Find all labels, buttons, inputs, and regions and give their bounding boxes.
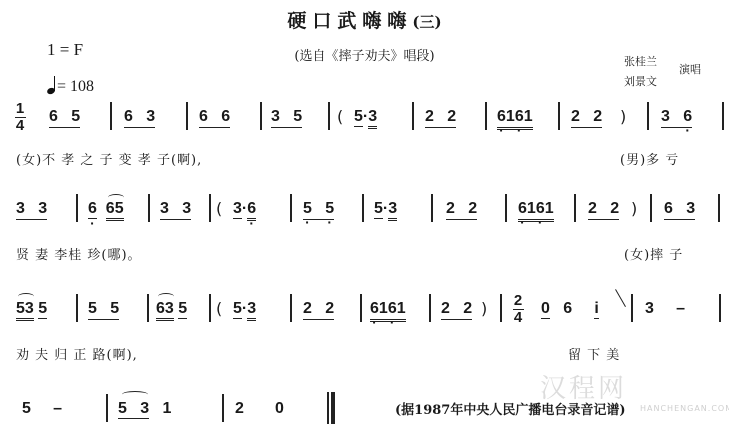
tempo-value: = 108 — [57, 78, 94, 95]
barline — [485, 102, 487, 130]
slur — [158, 293, 174, 300]
barline — [412, 102, 414, 130]
measure-6: 6161 — [370, 300, 406, 322]
quarter-note-icon — [47, 76, 57, 94]
barline — [429, 294, 431, 322]
paren-close: ) — [481, 299, 487, 318]
performer-2: 刘景文 — [624, 72, 657, 92]
score-line-1: 14 6 5 6 3 6 6 3 5 ( 5·3 2 2 6161 2 2 ) … — [0, 100, 729, 140]
barline — [431, 194, 433, 222]
song-title: 硬口武嗨嗨(三) — [0, 6, 729, 33]
time-signature-change: 24 — [512, 294, 524, 325]
barline — [328, 102, 330, 130]
measure-3: 2 0 — [235, 400, 284, 418]
final-barline-thin — [327, 392, 329, 424]
measure-3: 6 6 — [199, 108, 230, 128]
measure-2: 5 3 1 — [118, 400, 171, 418]
barline — [76, 194, 78, 222]
measure-5: 5·3 — [354, 108, 377, 126]
barline — [362, 194, 364, 222]
lyrics-line-1-right: (男)多 亏 — [620, 149, 679, 168]
measure-1: 5 – — [22, 400, 62, 418]
barline — [574, 194, 576, 222]
barline — [148, 194, 150, 222]
barline — [558, 102, 560, 130]
measure-7: 2 2 — [446, 200, 477, 220]
barline — [147, 294, 149, 322]
measure-8: 6161 — [518, 200, 554, 222]
paren-close: ) — [631, 199, 637, 218]
tempo-marking: = 108 — [47, 76, 94, 96]
barline — [718, 194, 720, 222]
slur — [122, 391, 148, 398]
barline — [260, 102, 262, 130]
performer-1: 张桂兰 — [624, 52, 657, 72]
measure-9: 3 6 — [661, 108, 692, 128]
measure-2: 6 3 — [124, 108, 155, 128]
paren-open: ( — [337, 107, 343, 126]
watermark-subtext: HANCHENGAN.COM — [640, 404, 729, 413]
performers: 张桂兰 刘景文 — [624, 52, 657, 92]
barline — [209, 294, 211, 322]
performers-role: 演唱 — [679, 61, 701, 77]
measure-8: 2 2 — [571, 108, 602, 128]
slur — [18, 293, 34, 300]
final-barline-thick — [331, 392, 335, 424]
measure-4: 5·3 — [233, 300, 256, 318]
measure-6: 5·3 — [374, 200, 397, 218]
measure-6: 2 2 — [425, 108, 456, 128]
paren-open: ( — [216, 199, 222, 218]
subtitle: (选自《摔子劝夫》唱段) — [0, 45, 729, 64]
measure-7: 2 2 — [441, 300, 472, 320]
measure-9: 2 2 — [588, 200, 619, 220]
barline — [76, 294, 78, 322]
measure-9: 3 – — [645, 300, 685, 318]
measure-4: 3 5 — [271, 108, 302, 128]
measure-5: 2 2 — [303, 300, 334, 320]
measure-1: 53 5 — [16, 300, 47, 318]
measure-7: 6161 — [497, 108, 533, 130]
measure-5: 5 5 — [303, 200, 334, 220]
barline — [110, 102, 112, 130]
score-line-3: 53 5 5 5 63 5 ( 5·3 2 2 6161 2 2 ) 24 0 … — [0, 292, 729, 332]
barline — [647, 102, 649, 130]
barline — [209, 194, 211, 222]
lyrics-line-3: 劝 夫 归 正 路(啊), — [16, 344, 138, 363]
measure-4: 3·6 — [233, 200, 256, 218]
lyrics-line-2: 贤 妻 李桂 珍(哪)。 — [16, 244, 142, 263]
barline — [505, 194, 507, 222]
arrow-marker-icon — [615, 289, 626, 307]
barline — [722, 102, 724, 130]
key-signature: 1 = F — [47, 40, 83, 60]
barline — [290, 194, 292, 222]
measure-2: 6 65 — [88, 200, 124, 218]
barline — [719, 294, 721, 322]
measure-2: 5 5 — [88, 300, 119, 320]
paren-close: ) — [620, 107, 626, 126]
source-note: (据1987年中央人民广播电台录音记谱) — [395, 399, 625, 418]
lyrics-line-2-right: (女)摔 子 — [624, 244, 683, 263]
paren-open: ( — [216, 299, 222, 318]
time-signature: 14 — [14, 102, 26, 133]
measure-10: 6 3 — [664, 200, 695, 220]
title-suffix: (三) — [412, 13, 441, 31]
measure-8: 0 6 i — [541, 300, 599, 318]
lyrics-line-3-right: 留 下 美 — [568, 344, 620, 363]
barline — [186, 102, 188, 130]
score-line-2: 3 3 6 65 3 3 ( 3·6 5 5 5·3 2 2 6161 2 2 … — [0, 192, 729, 232]
measure-1: 6 5 — [49, 108, 80, 128]
measure-1: 3 3 — [16, 200, 47, 220]
barline — [650, 194, 652, 222]
barline — [106, 394, 108, 422]
barline — [631, 294, 633, 322]
measure-3: 3 3 — [160, 200, 191, 220]
barline — [500, 294, 502, 322]
barline — [290, 294, 292, 322]
lyrics-line-1: (女)不 孝 之 子 变 孝 子(啊), — [16, 149, 202, 168]
barline — [222, 394, 224, 422]
barline — [360, 294, 362, 322]
measure-3: 63 5 — [156, 300, 187, 318]
